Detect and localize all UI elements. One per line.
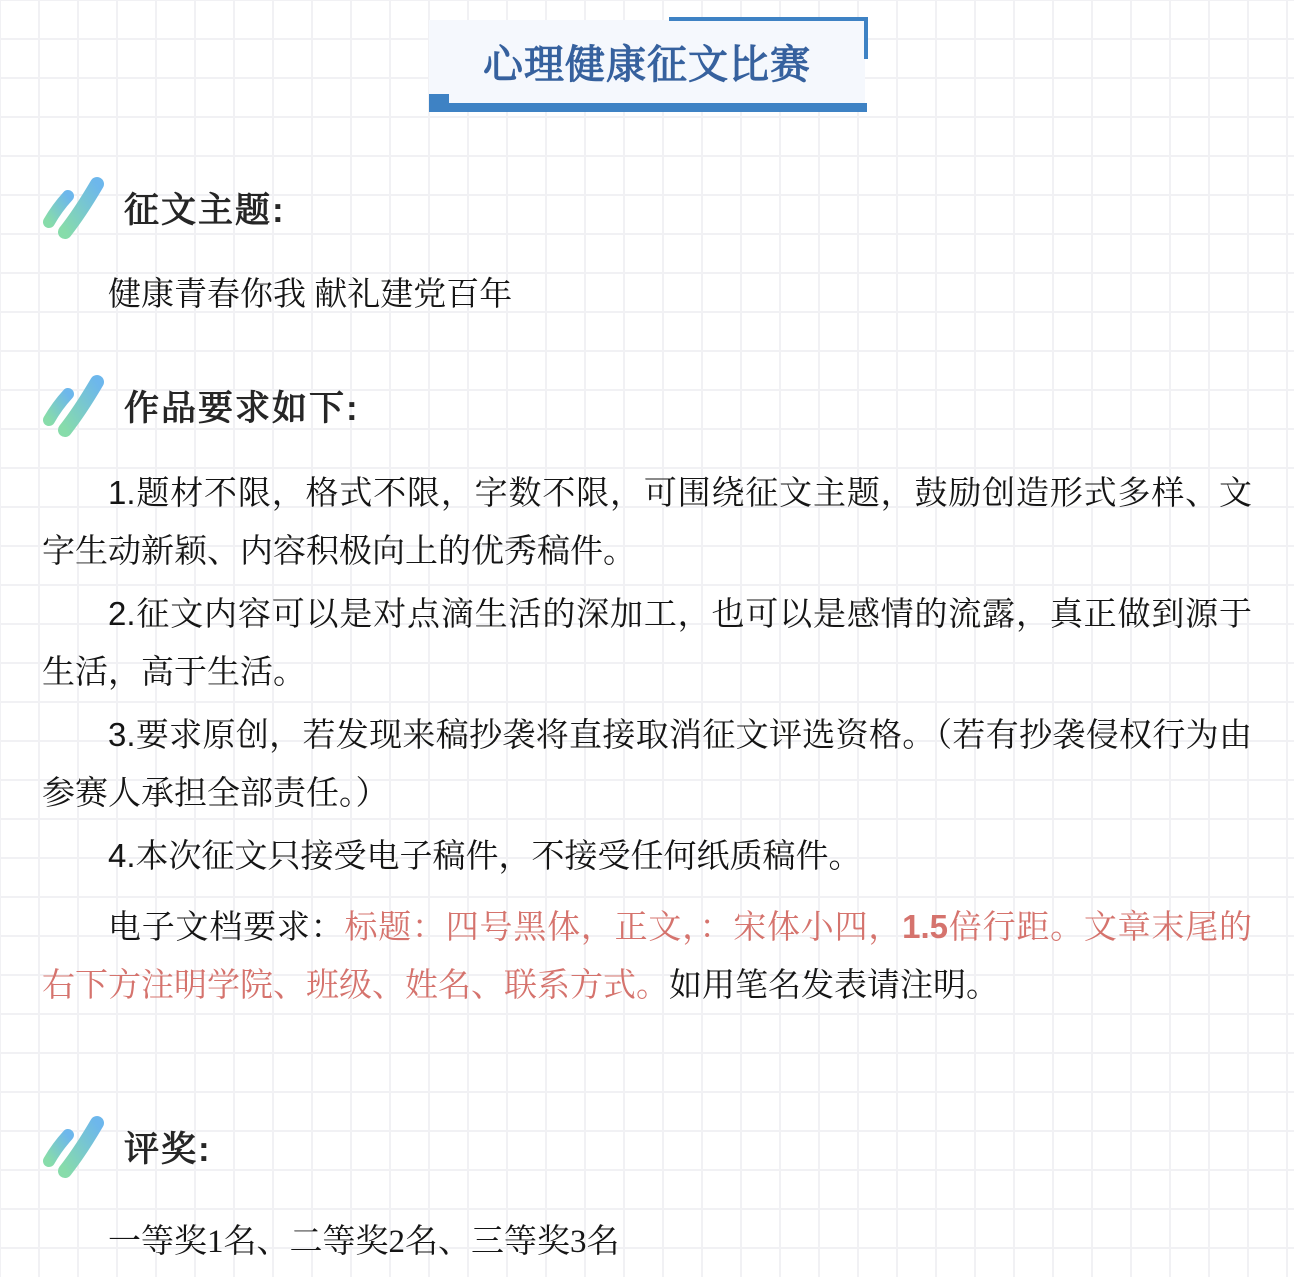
section-header-requirements: 作品要求如下: <box>40 374 1294 438</box>
doc-format-paragraph: 电子文档要求：标题：四号黑体，正文，：宋体小四，1.5倍行距。文章末尾的右下方注… <box>42 898 1252 1015</box>
doc-format-prefix: 电子文档要求： <box>108 910 344 946</box>
requirement-number: 4. <box>108 837 136 874</box>
requirement-text: 要求原创，若发现来稿抄袭将直接取消征文评选资格。（若有抄袭侵权行为由参赛人承担全… <box>42 718 1252 812</box>
brush-stroke-icon <box>40 176 110 240</box>
requirement-text: 题材不限，格式不限，字数不限，可围绕征文主题，鼓励创造形式多样、文字生动新颖、内… <box>42 476 1252 570</box>
requirement-text: 本次征文只接受电子稿件，不接受任何纸质稿件。 <box>136 839 862 875</box>
section-header-theme: 征文主题: <box>40 176 1294 240</box>
requirement-number: 1. <box>108 474 136 511</box>
requirement-number: 3. <box>108 716 136 753</box>
requirement-paragraph-3: 3.要求原创，若发现来稿抄袭将直接取消征文评选资格。（若有抄袭侵权行为由参赛人承… <box>42 706 1252 823</box>
requirement-text: 征文内容可以是对点滴生活的深加工，也可以是感情的流露，真正做到源于生活，高于生活… <box>42 597 1252 691</box>
requirement-paragraph-2: 2.征文内容可以是对点滴生活的深加工，也可以是感情的流露，真正做到源于生活，高于… <box>42 585 1252 702</box>
doc-format-red-text-1: 标题：四号黑体，正文，：宋体小四， <box>344 910 902 946</box>
requirement-number: 2. <box>108 595 136 632</box>
title-plaque: 心理健康征文比赛 <box>429 12 865 112</box>
doc-format-suffix: 如用笔名发表请注明。 <box>669 968 999 1004</box>
theme-body: 健康青春你我 献礼建党百年 <box>0 266 1294 324</box>
essay-contest-poster: 心理健康征文比赛 征文主题: 健康青春你我 献礼建党百年 作品要求如下: 1.题… <box>0 0 1294 1277</box>
requirement-paragraph-1: 1.题材不限，格式不限，字数不限，可围绕征文主题，鼓励创造形式多样、文字生动新颖… <box>42 464 1252 581</box>
theme-text: 健康青春你我 献礼建党百年 <box>42 266 1252 324</box>
section-heading-awards: 评奖: <box>124 1122 212 1172</box>
section-header-awards: 评奖: <box>40 1115 1294 1179</box>
requirements-body: 1.题材不限，格式不限，字数不限，可围绕征文主题，鼓励创造形式多样、文字生动新颖… <box>0 464 1294 1015</box>
doc-format-line-spacing-number: 1.5 <box>902 908 948 945</box>
section-heading-theme: 征文主题: <box>124 183 286 233</box>
requirement-paragraph-4: 4.本次征文只接受电子稿件，不接受任何纸质稿件。 <box>42 827 1252 886</box>
brush-stroke-icon <box>40 1115 110 1179</box>
brush-stroke-icon <box>40 374 110 438</box>
awards-text: 一等奖1名、二等奖2名、三等奖3名 <box>42 1213 1252 1271</box>
title-underline-bar <box>444 103 867 112</box>
awards-body: 一等奖1名、二等奖2名、三等奖3名 <box>0 1213 1294 1271</box>
section-heading-requirements: 作品要求如下: <box>124 381 360 431</box>
page-title: 心理健康征文比赛 <box>429 20 865 103</box>
